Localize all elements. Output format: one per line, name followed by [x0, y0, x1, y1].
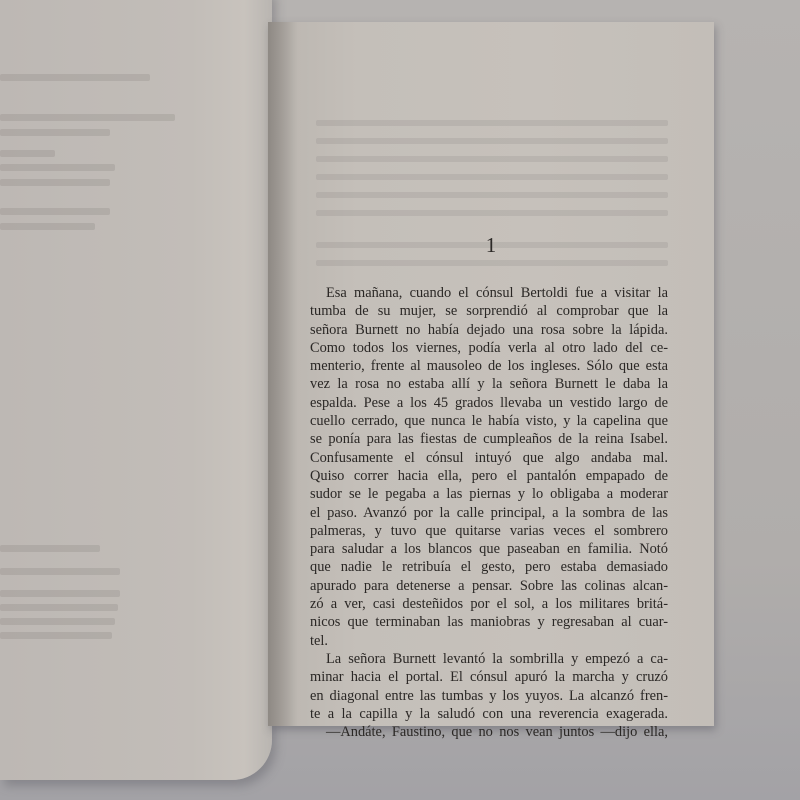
text-line: Como todos los viernes, podía verla al o… [310, 339, 668, 357]
text-line: Confusamente el cónsul intuyó que algo a… [310, 449, 668, 467]
text-line: Quiso correr hacia ella, pero el pantaló… [310, 467, 668, 485]
text-line: para saludar a los blancos que paseaban … [310, 540, 668, 558]
text-line: te a la capilla y la saludó con una reve… [310, 705, 668, 723]
chapter-body-text: Esa mañana, cuando el cónsul Bertoldi fu… [310, 284, 668, 741]
show-through-line [0, 74, 150, 81]
show-through-line [0, 114, 175, 121]
show-through-line [0, 129, 110, 136]
left-page [0, 0, 272, 780]
show-through-line [316, 260, 668, 266]
text-line: nicos que terminaban las maniobras y reg… [310, 613, 668, 631]
show-through-line [0, 618, 115, 625]
text-line: tumba de su mujer, se sorprendió al comp… [310, 302, 668, 320]
text-line: señora Burnett no había dejado una rosa … [310, 321, 668, 339]
text-line: La señora Burnett levantó la sombrilla y… [310, 650, 668, 668]
text-line: sudor se le pegaba a las piernas y lo ob… [310, 485, 668, 503]
text-line: minar hacia el portal. El cónsul apuró l… [310, 668, 668, 686]
show-through-line [316, 120, 668, 126]
text-line: menterio, frente al mausoleo de los ingl… [310, 357, 668, 375]
show-through-line [0, 223, 95, 230]
show-through-line [0, 604, 118, 611]
show-through-line [316, 156, 668, 162]
show-through-line [316, 174, 668, 180]
chapter-number: 1 [268, 233, 714, 258]
text-line: que nadie le retribuía el gesto, pero es… [310, 558, 668, 576]
gutter-shadow [268, 22, 298, 726]
show-through-line [0, 568, 120, 575]
text-line: cuello cerrado, que nunca le había visto… [310, 412, 668, 430]
show-through-line [316, 138, 668, 144]
show-through-line [0, 164, 115, 171]
text-line: tel. [310, 632, 668, 650]
text-line: —Andáte, Faustino, que no nos vean junto… [310, 723, 668, 741]
show-through-line [316, 210, 668, 216]
show-through-line [0, 150, 55, 157]
text-line: vez la rosa no estaba allí y la señora B… [310, 375, 668, 393]
show-through-line [316, 192, 668, 198]
text-line: palmeras, y tuvo que quitarse varias vec… [310, 522, 668, 540]
text-line: apurado para detenerse a pensar. Sobre l… [310, 577, 668, 595]
show-through-line [0, 632, 112, 639]
running-head [358, 74, 648, 82]
text-line: Esa mañana, cuando el cónsul Bertoldi fu… [310, 284, 668, 302]
show-through-line [0, 208, 110, 215]
show-through-line [0, 590, 120, 597]
text-line: se ponía para las fiestas de cumpleaños … [310, 430, 668, 448]
text-line: el paso. Avanzó por la calle principal, … [310, 504, 668, 522]
show-through-line [0, 179, 110, 186]
text-line: espalda. Pese a los 45 grados llevaba un… [310, 394, 668, 412]
show-through-line [0, 545, 100, 552]
text-line: zó a ver, casi desteñidos por el sol, a … [310, 595, 668, 613]
text-line: en diagonal entre las tumbas y los yuyos… [310, 687, 668, 705]
right-page: 1 Esa mañana, cuando el cónsul Bertoldi … [268, 22, 714, 726]
